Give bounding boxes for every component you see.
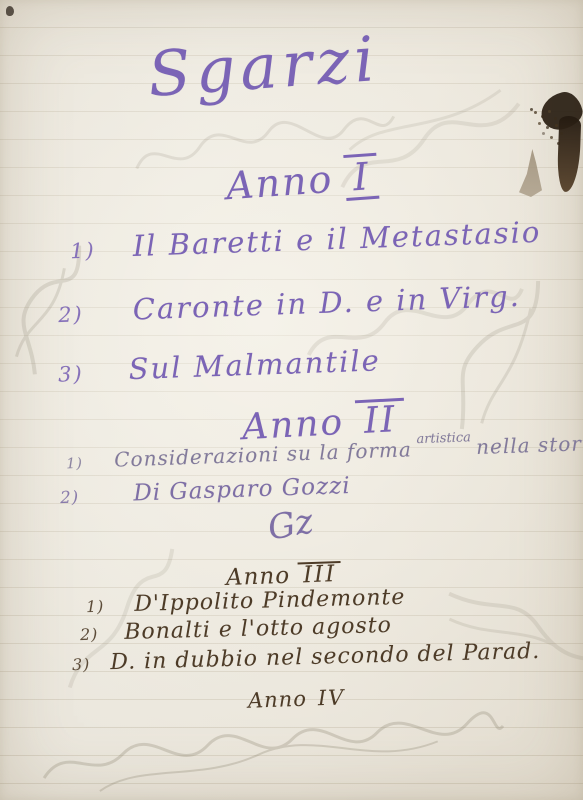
- heading-numeral: I: [344, 153, 380, 201]
- ink-blot: [557, 116, 582, 193]
- inserted-word: artistica: [416, 431, 471, 446]
- list-item: 1) D'Ippolito Pindemonte: [86, 587, 406, 617]
- section-heading-anno-iv: AnnoIV: [248, 687, 349, 711]
- ghost-writing: [36, 704, 509, 799]
- heading-numeral: IV: [315, 688, 349, 709]
- item-text: Sul Malmantile: [128, 343, 381, 386]
- list-item: 2) Bonalti e l'otto agosto: [80, 615, 392, 645]
- item-text: Il Baretti e il Metastasio: [132, 215, 542, 263]
- page-title: Sgarzi: [146, 28, 381, 106]
- ink-speckles: [530, 108, 533, 111]
- item-marker: 3): [72, 657, 91, 673]
- heading-word: Anno: [226, 563, 291, 591]
- signature-flourish: Gz: [265, 504, 315, 545]
- list-item: 1) Il Baretti e il Metastasio: [70, 218, 542, 263]
- item-marker: 1): [66, 457, 83, 472]
- list-item: 3) D. in dubbio nel secondo del Parad.: [72, 641, 541, 675]
- corner-speck: [6, 6, 14, 16]
- item-marker: 2): [80, 627, 99, 643]
- ink-smudge: [519, 149, 542, 197]
- ghost-writing: [437, 553, 583, 704]
- item-marker: 1): [86, 599, 105, 615]
- heading-numeral: II: [355, 398, 406, 442]
- item-text: D'Ippolito Pindemonte: [134, 585, 406, 617]
- item-marker: 2): [58, 304, 84, 326]
- item-text: D. in dubbio nel secondo del Parad.: [110, 639, 541, 675]
- item-text: Bonalti e l'otto agosto: [124, 613, 392, 645]
- item-marker: 3): [58, 364, 84, 386]
- item-text: nella storia: [476, 431, 583, 459]
- item-text: Considerazioni su la forma: [114, 437, 412, 471]
- item-marker: 1): [70, 240, 96, 262]
- heading-numeral: III: [298, 561, 342, 588]
- item-text: Caronte in D. e in Virg.: [132, 279, 521, 327]
- list-item: 3) Sul Malmantile: [58, 346, 382, 386]
- item-marker: 2): [60, 489, 80, 506]
- section-heading-anno-i: AnnoI: [225, 153, 380, 210]
- manuscript-page: Sgarzi AnnoI 1) Il Baretti e il Metastas…: [0, 0, 583, 800]
- item-text: Di Gasparo Gozzi: [133, 473, 351, 507]
- heading-word: Anno: [225, 157, 335, 208]
- heading-word: Anno: [248, 687, 308, 713]
- list-item: 2) Caronte in D. e in Virg.: [58, 282, 522, 327]
